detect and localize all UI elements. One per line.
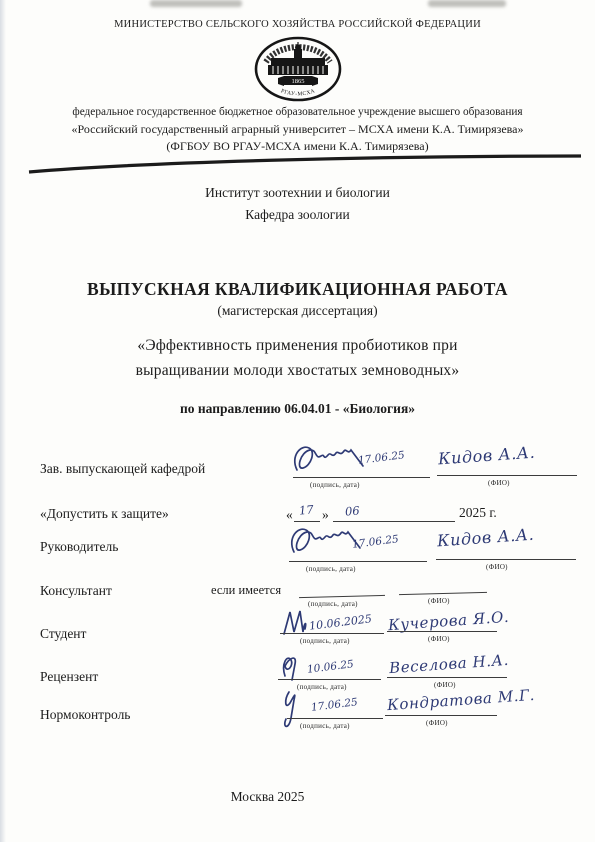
signature-squiggle — [293, 442, 365, 478]
role-label-approval: «Допустить к защите» — [40, 506, 169, 522]
role-label-supervisor: Руководитель — [40, 539, 118, 555]
caption-fio: (ФИО) — [428, 635, 450, 643]
name-line — [387, 677, 507, 678]
name-line — [436, 559, 576, 560]
scanned-title-page: МИНИСТЕРСТВО СЕЛЬСКОГО ХОЗЯЙСТВА РОССИЙС… — [0, 0, 595, 842]
emblem-abbreviation: РГАУ-МСХА — [280, 88, 316, 97]
approval-close-quote: » — [322, 507, 329, 523]
consultant-note: если имеется — [211, 583, 281, 598]
signature-line — [278, 679, 381, 680]
signature-date: 10.06.25 — [306, 658, 354, 676]
department-name: Кафедра зоологии — [0, 207, 595, 223]
signature-name: Кидов А.А. — [436, 525, 534, 551]
role-label-student: Студент — [40, 626, 86, 642]
signature-name: Кидов А.А. — [437, 443, 535, 469]
caption-signature-date: (подпись, дата) — [300, 722, 350, 730]
city-year: Москва 2025 — [0, 789, 565, 805]
caption-signature-date: (подпись, дата) — [297, 683, 347, 691]
caption-fio: (ФИО) — [428, 597, 450, 605]
scan-artifact — [428, 0, 506, 7]
caption-fio: (ФИО) — [434, 681, 456, 689]
approval-day-line — [294, 521, 320, 522]
approval-month: 06 — [344, 503, 360, 518]
signature-name: Кондратова М.Г. — [387, 686, 536, 714]
caption-fio: (ФИО) — [486, 563, 508, 571]
institution-line-1: федеральное государственное бюджетное об… — [0, 106, 595, 118]
thesis-title-line-1: «Эффективность применения пробиотиков пр… — [0, 337, 595, 355]
role-label-consultant: Консультант — [40, 583, 112, 599]
name-line — [437, 475, 577, 476]
signature-line — [287, 718, 383, 719]
signature-line — [289, 561, 427, 562]
role-label-reviewer: Рецензент — [40, 669, 98, 685]
signature-name: Веселова Н.А. — [389, 651, 510, 677]
signature-line — [293, 477, 430, 478]
role-label-norm-control: Нормоконтроль — [40, 707, 130, 723]
name-line — [385, 715, 497, 716]
header-divider-line — [25, 150, 585, 178]
caption-signature-date: (подпись, дата) — [310, 481, 360, 489]
approval-open-quote: « — [286, 507, 293, 523]
signature-date: 10.06.2025 — [308, 612, 372, 633]
emblem-banner: 1865 — [278, 76, 318, 86]
university-emblem-seal: 1865 РГАУ-МСХА — [254, 36, 342, 102]
caption-signature-date: (подпись, дата) — [300, 637, 350, 645]
institution-line-2: «Российский государственный аграрный уни… — [0, 122, 595, 137]
approval-day: 17 — [298, 502, 314, 517]
approval-month-line — [333, 521, 455, 522]
work-type-heading: ВЫПУСКНАЯ КВАЛИФИКАЦИОННАЯ РАБОТА — [0, 279, 595, 300]
signature-line — [299, 595, 385, 598]
approval-year: 2025 г. — [459, 505, 497, 521]
name-line — [399, 592, 487, 595]
institute-name: Институт зоотехнии и биологии — [0, 185, 595, 201]
signature-line — [280, 633, 384, 634]
role-label-head: Зав. выпускающей кафедрой — [40, 461, 205, 477]
thesis-title-line-2: выращивании молоди хвостатых земноводных… — [0, 362, 595, 380]
name-line — [387, 631, 497, 632]
caption-signature-date: (подпись, дата) — [306, 565, 356, 573]
svg-text:РГАУ-МСХА: РГАУ-МСХА — [280, 88, 316, 97]
emblem-building — [268, 42, 328, 75]
caption-signature-date: (подпись, дата) — [308, 600, 358, 608]
signature-date: 17.06.25 — [310, 696, 358, 714]
emblem-year: 1865 — [292, 78, 305, 85]
ministry-header: МИНИСТЕРСТВО СЕЛЬСКОГО ХОЗЯЙСТВА РОССИЙС… — [0, 19, 595, 30]
caption-fio: (ФИО) — [488, 479, 510, 487]
program-direction: по направлению 06.04.01 - «Биология» — [0, 401, 595, 417]
caption-fio: (ФИО) — [426, 719, 448, 727]
work-subtype: (магистерская диссертация) — [0, 303, 595, 319]
scan-artifact — [150, 0, 242, 7]
